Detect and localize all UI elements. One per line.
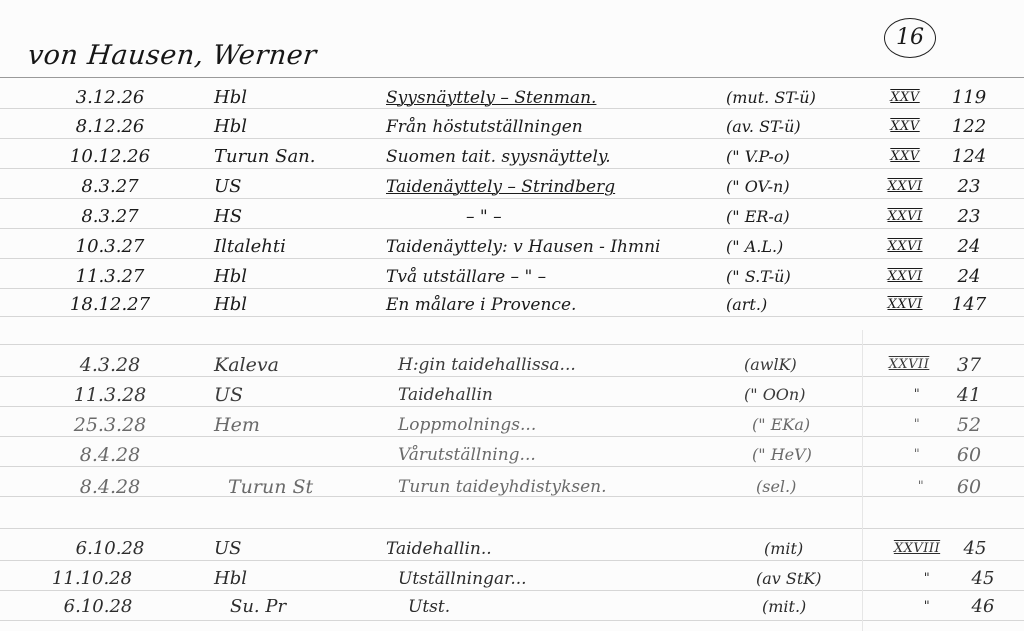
ruled-line: [0, 344, 1024, 345]
entry-newspaper: Turun St: [228, 472, 313, 502]
entry-row: 8.4.28 Vårutställning... (" HeV) " 60: [0, 440, 1024, 470]
entry-author: (av. ST-ü): [726, 112, 801, 142]
entry-page: 37: [944, 350, 994, 380]
entry-date: 4.3.28: [40, 350, 180, 380]
entry-row: 10.12.26 Turun San. Suomen tait. syysnäy…: [0, 142, 1024, 172]
entry-volume-ditto: ": [892, 440, 942, 470]
entry-title: H:gin taidehallissa...: [398, 350, 576, 380]
entry-volume: XXVI: [880, 172, 930, 202]
entry-author: (" S.T-ü): [726, 262, 791, 292]
entry-newspaper: Su. Pr: [230, 592, 286, 622]
entry-newspaper: Hbl: [214, 262, 247, 292]
entry-row: 8.12.26 Hbl Från höstutställningen (av. …: [0, 112, 1024, 142]
entry-author: (" ER-a): [726, 202, 790, 232]
entry-author: (" OV-n): [726, 172, 790, 202]
entry-volume: XXV: [880, 83, 930, 113]
index-card: von Hausen, Werner 16 3.12.26 Hbl Syysnä…: [0, 0, 1024, 631]
entry-newspaper: Turun San.: [214, 142, 316, 172]
entry-row: 6.10.28 US Taidehallin.. (mit) XXVIII 45: [0, 534, 1024, 564]
entry-date: 8.12.26: [40, 112, 180, 142]
entry-date: 8.4.28: [40, 440, 180, 470]
entry-volume-ditto: ": [896, 472, 946, 502]
entry-row: 18.12.27 Hbl En målare i Provence. (art.…: [0, 290, 1024, 320]
entry-page: 23: [944, 172, 994, 202]
entry-newspaper: HS: [214, 202, 242, 232]
entry-date: 18.12.27: [40, 290, 180, 320]
entry-title: Taidehallin: [398, 380, 493, 410]
entry-date: 10.3.27: [40, 232, 180, 262]
entry-page: 46: [958, 592, 1008, 622]
entry-newspaper: Hbl: [214, 564, 247, 594]
entry-row: 3.12.26 Hbl Syysnäyttely – Stenman. (mut…: [0, 83, 1024, 113]
entry-page: 119: [944, 83, 994, 113]
entry-page: 24: [944, 262, 994, 292]
entry-title: Från höstutställningen: [386, 112, 583, 142]
entry-title: Taidenäyttely: v Hausen - Ihmni: [386, 232, 661, 262]
entry-author: (av StK): [756, 564, 822, 594]
entry-volume: XXVI: [880, 262, 930, 292]
entry-newspaper: Iltalehti: [214, 232, 286, 262]
entry-newspaper: US: [214, 534, 242, 564]
entry-volume-ditto: ": [892, 410, 942, 440]
entry-page: 24: [944, 232, 994, 262]
entry-author: (mut. ST-ü): [726, 83, 816, 113]
entry-date: 8.3.27: [40, 202, 180, 232]
entry-row: 6.10.28 Su. Pr Utst. (mit.) " 46: [0, 592, 1024, 622]
entry-volume-ditto: ": [902, 592, 952, 622]
entry-author: (mit): [764, 534, 803, 564]
entry-title: Taidenäyttely – Strindberg: [386, 172, 615, 202]
entry-volume: XXVI: [880, 232, 930, 262]
entry-newspaper: US: [214, 380, 243, 410]
entry-row: 8.3.27 HS – " – (" ER-a) XXVI 23: [0, 202, 1024, 232]
entry-page: 41: [944, 380, 994, 410]
entry-row: 11.3.28 US Taidehallin (" OOn) " 41: [0, 380, 1024, 410]
entry-author: (" EKa): [752, 410, 810, 440]
entry-newspaper: Hbl: [214, 83, 247, 113]
entry-title-ditto: – " –: [466, 202, 502, 232]
entry-author: (awlK): [744, 350, 797, 380]
entry-newspaper: Hbl: [214, 290, 247, 320]
entry-volume: XXV: [880, 142, 930, 172]
entry-title: Loppmolnings...: [398, 410, 536, 440]
entry-title: Taidehallin..: [386, 534, 492, 564]
header-rule: [0, 77, 1024, 78]
entry-title: Vårutställning...: [398, 440, 536, 470]
entry-date: 6.10.28: [40, 534, 180, 564]
entry-newspaper: US: [214, 172, 242, 202]
entry-newspaper: Kaleva: [214, 350, 279, 380]
entry-author: (" V.P-o): [726, 142, 790, 172]
entry-page: 52: [944, 410, 994, 440]
entry-page: 45: [958, 564, 1008, 594]
entry-row: 4.3.28 Kaleva H:gin taidehallissa... (aw…: [0, 350, 1024, 380]
entry-date: 11.10.28: [22, 564, 162, 594]
entry-page: 124: [944, 142, 994, 172]
entry-date: 11.3.28: [40, 380, 180, 410]
entry-row: 10.3.27 Iltalehti Taidenäyttely: v Hause…: [0, 232, 1024, 262]
entry-title: Turun taideyhdistyksen.: [398, 472, 607, 502]
entry-date: 8.3.27: [40, 172, 180, 202]
entry-date: 6.10.28: [28, 592, 168, 622]
entry-author: (" OOn): [744, 380, 805, 410]
entry-row: 8.4.28 Turun St Turun taideyhdistyksen. …: [0, 472, 1024, 502]
entry-date: 11.3.27: [40, 262, 180, 292]
entry-row: 11.3.27 Hbl Två utställare – " – (" S.T-…: [0, 262, 1024, 292]
entry-title: Utst.: [408, 592, 450, 622]
entry-row: 11.10.28 Hbl Utställningar... (av StK) "…: [0, 564, 1024, 594]
entry-volume: XXV: [880, 112, 930, 142]
entry-date: 8.4.28: [40, 472, 180, 502]
entry-author: (art.): [726, 290, 767, 320]
entry-page: 23: [944, 202, 994, 232]
entry-volume-ditto: ": [902, 564, 952, 594]
entry-author: (sel.): [756, 472, 796, 502]
entry-volume-ditto: ": [892, 380, 942, 410]
entry-volume: XXVI: [880, 290, 930, 320]
entry-row: 8.3.27 US Taidenäyttely – Strindberg (" …: [0, 172, 1024, 202]
entry-title: Två utställare – " –: [386, 262, 546, 292]
entry-page: 122: [944, 112, 994, 142]
entry-page: 45: [950, 534, 1000, 564]
entry-volume: XXVII: [884, 350, 934, 380]
entry-author: (" HeV): [752, 440, 812, 470]
entry-volume: XXVIII: [892, 534, 942, 564]
entry-page: 147: [944, 290, 994, 320]
entry-date: 10.12.26: [40, 142, 180, 172]
entry-page: 60: [944, 472, 994, 502]
entry-title: Suomen tait. syysnäyttely.: [386, 142, 611, 172]
entry-author: (" A.L.): [726, 232, 783, 262]
entry-newspaper: Hbl: [214, 112, 247, 142]
entry-page: 60: [944, 440, 994, 470]
entry-title: Utställningar...: [398, 564, 527, 594]
card-number-circled: 16: [884, 18, 936, 58]
entry-date: 3.12.26: [40, 83, 180, 113]
entry-title: En målare i Provence.: [386, 290, 576, 320]
ruled-line: [0, 528, 1024, 529]
entry-row: 25.3.28 Hem Loppmolnings... (" EKa) " 52: [0, 410, 1024, 440]
entry-newspaper: Hem: [214, 410, 260, 440]
card-title-name: von Hausen, Werner: [26, 40, 318, 71]
entry-date: 25.3.28: [40, 410, 180, 440]
entry-author: (mit.): [762, 592, 806, 622]
entry-title: Syysnäyttely – Stenman.: [386, 83, 596, 113]
entry-volume: XXVI: [880, 202, 930, 232]
